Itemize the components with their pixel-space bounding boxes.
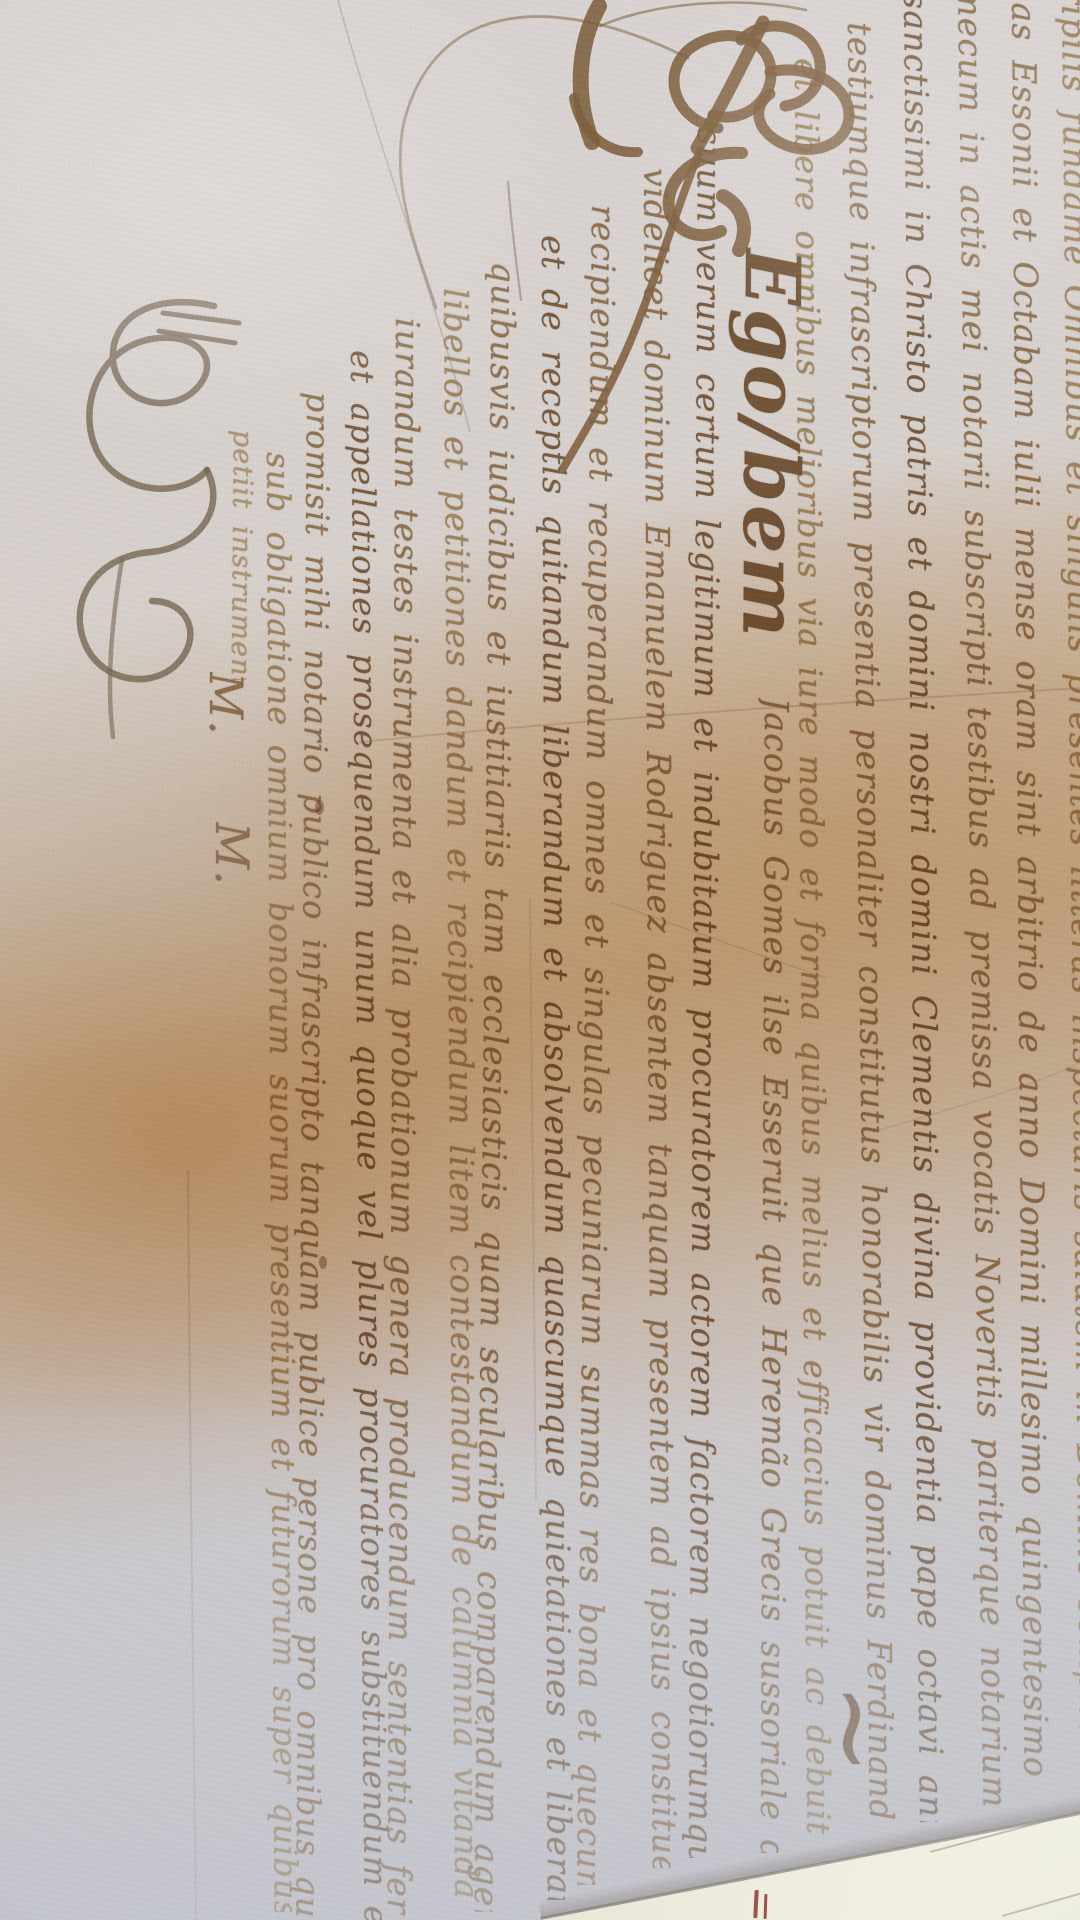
crease-line	[188, 1170, 196, 1920]
signature-paraph	[80, 302, 239, 737]
crease-line	[610, 902, 826, 978]
pen-tail-arc	[508, 182, 521, 300]
ink-blot	[319, 1256, 327, 1269]
crease-line	[338, 0, 470, 432]
initial-knot-flourish	[562, 6, 849, 470]
ink-blot	[315, 800, 324, 815]
calligraphic-flourishes	[0, 0, 1080, 1920]
crease-line	[872, 1062, 1080, 1132]
manuscript-photo: ripilis fundame Omnibus et singulis pres…	[0, 0, 1080, 1920]
pen-tail-arc	[400, 17, 688, 308]
crease-line	[530, 898, 536, 1500]
crease-line	[360, 688, 1080, 742]
